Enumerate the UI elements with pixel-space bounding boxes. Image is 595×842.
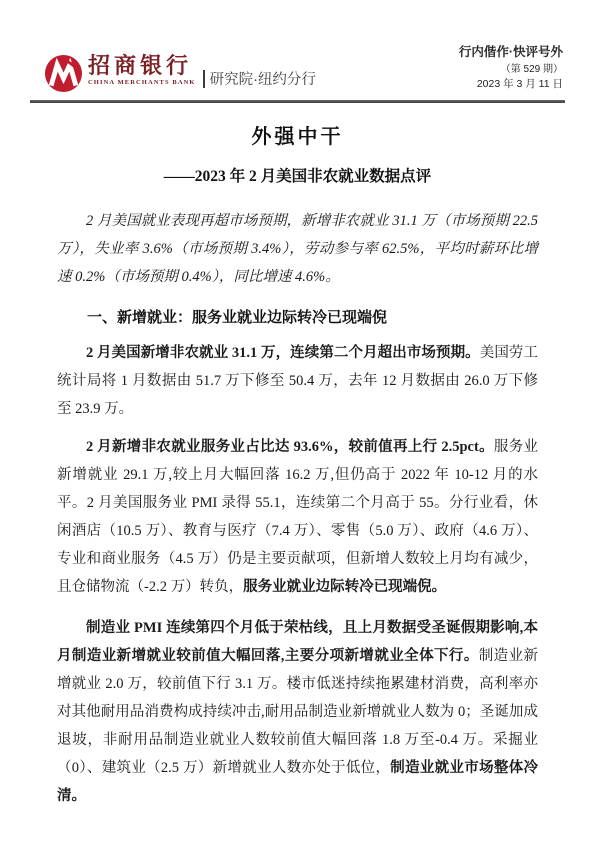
division-block: 研究院·纽约分行 xyxy=(203,68,316,89)
paragraph-services: 2 月新增非农就业服务业占比达 93.6%，较前值再上行 2.5pct。服务业新… xyxy=(57,433,538,601)
abstract-paragraph: 2 月美国就业表现再超市场预期，新增非农就业 31.1 万（市场预期 22.5 … xyxy=(57,207,538,291)
division-name: 研究院·纽约分行 xyxy=(210,68,316,89)
publish-date: 2023 年 3 月 11 日 xyxy=(459,77,563,91)
paragraph-jobs: 2 月美国新增非农就业 31.1 万，连续第二个月超出市场预期。美国劳工统计局将… xyxy=(57,339,538,423)
issue-number: （第 529 期） xyxy=(459,63,563,76)
paragraph-jobs-bold: 2 月美国新增非农就业 31.1 万，连续第二个月超出市场预期。 xyxy=(86,345,480,361)
paragraph-services-bold-lead: 2 月新增非农就业服务业占比达 93.6%，较前值再上行 2.5pct。 xyxy=(86,439,494,455)
bank-name: 招商银行 xyxy=(88,54,196,78)
paragraph-services-bold-tail: 服务业就业边际转冷已现端倪。 xyxy=(243,579,446,595)
page-title: 外强中干 xyxy=(57,120,538,149)
section-heading-1: 一、新增就业：服务业就业边际转冷已现端倪 xyxy=(57,306,538,330)
series-title: 行内偕作·快评号外 xyxy=(459,44,563,61)
page-subtitle: ——2023 年 2 月美国非农就业数据点评 xyxy=(57,164,538,186)
bank-name-en: CHINA MERCHANTS BANK xyxy=(88,79,196,86)
header: 招商银行 CHINA MERCHANTS BANK 研究院·纽约分行 行内偕作·… xyxy=(30,44,565,96)
issue-info: 行内偕作·快评号外 （第 529 期） 2023 年 3 月 11 日 xyxy=(459,44,563,91)
document-body: 外强中干 ——2023 年 2 月美国非农就业数据点评 2 月美国就业表现再超市… xyxy=(57,112,538,810)
bank-logo-block: 招商银行 CHINA MERCHANTS BANK 研究院·纽约分行 xyxy=(44,54,316,93)
page-number: 1 xyxy=(0,760,595,772)
paragraph-manufacturing: 制造业 PMI 连续第四个月低于荣枯线，且上月数据受圣诞假期影响,本月制造业新增… xyxy=(57,614,538,810)
report-page: 招商银行 CHINA MERCHANTS BANK 研究院·纽约分行 行内偕作·… xyxy=(0,0,595,842)
header-rule xyxy=(30,100,565,103)
vertical-divider xyxy=(203,70,205,88)
paragraph-services-normal: 服务业新增就业 29.1 万,较上月大幅回落 16.2 万,但仍高于 2022 … xyxy=(57,439,538,595)
cmb-logo-icon xyxy=(44,54,83,93)
bank-wordmark: 招商银行 CHINA MERCHANTS BANK xyxy=(88,54,196,86)
paragraph-manufacturing-normal: 制造业新增就业 2.0 万，较前值下行 3.1 万。楼市低迷持续拖累建材消费，高… xyxy=(57,648,538,776)
paragraph-manufacturing-bold-lead: 制造业 PMI 连续第四个月低于荣枯线，且上月数据受圣诞假期影响,本月制造业新增… xyxy=(57,620,538,664)
